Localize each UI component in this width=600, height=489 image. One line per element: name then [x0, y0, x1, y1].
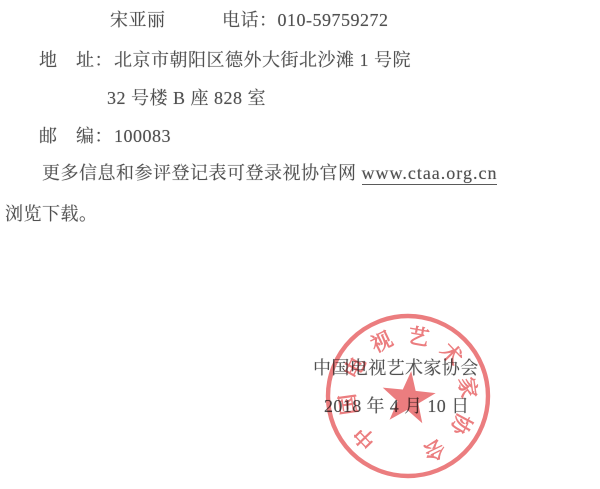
address-line2: 32 号楼 B 座 828 室 — [107, 87, 266, 109]
info-text: 更多信息和参评登记表可登录视协官网 — [42, 163, 357, 183]
address-value: 北京市朝阳区德外大街北沙滩 1 号院 — [114, 49, 411, 71]
official-seal: 中 国 电 视 艺 术 家 协 会 — [308, 296, 508, 489]
seal-star-icon — [379, 368, 437, 424]
contact-name: 宋亚丽 — [110, 9, 166, 31]
website-url: www.ctaa.org.cn — [362, 163, 498, 185]
info-line: 更多信息和参评登记表可登录视协官网 www.ctaa.org.cn — [42, 162, 497, 184]
seal-char: 术 — [435, 338, 468, 370]
seal-char: 协 — [445, 409, 477, 440]
postcode-label: 邮 编： — [39, 125, 113, 147]
seal-char: 视 — [366, 327, 396, 358]
seal-char: 艺 — [406, 323, 431, 350]
postcode-value: 100083 — [114, 125, 171, 147]
seal-char: 家 — [454, 376, 481, 400]
info-suffix: 浏览下载。 — [5, 203, 98, 225]
seal-char: 会 — [420, 435, 449, 466]
seal-char: 国 — [335, 392, 362, 416]
seal-char: 中 — [349, 422, 381, 454]
contact-phone: 电话：010-59759272 — [222, 9, 389, 31]
scanned-letter-page: 宋亚丽 电话：010-59759272 地 址： 北京市朝阳区德外大街北沙滩 1… — [0, 0, 600, 489]
address-label: 地 址： — [39, 49, 113, 71]
seal-char: 电 — [340, 353, 371, 383]
